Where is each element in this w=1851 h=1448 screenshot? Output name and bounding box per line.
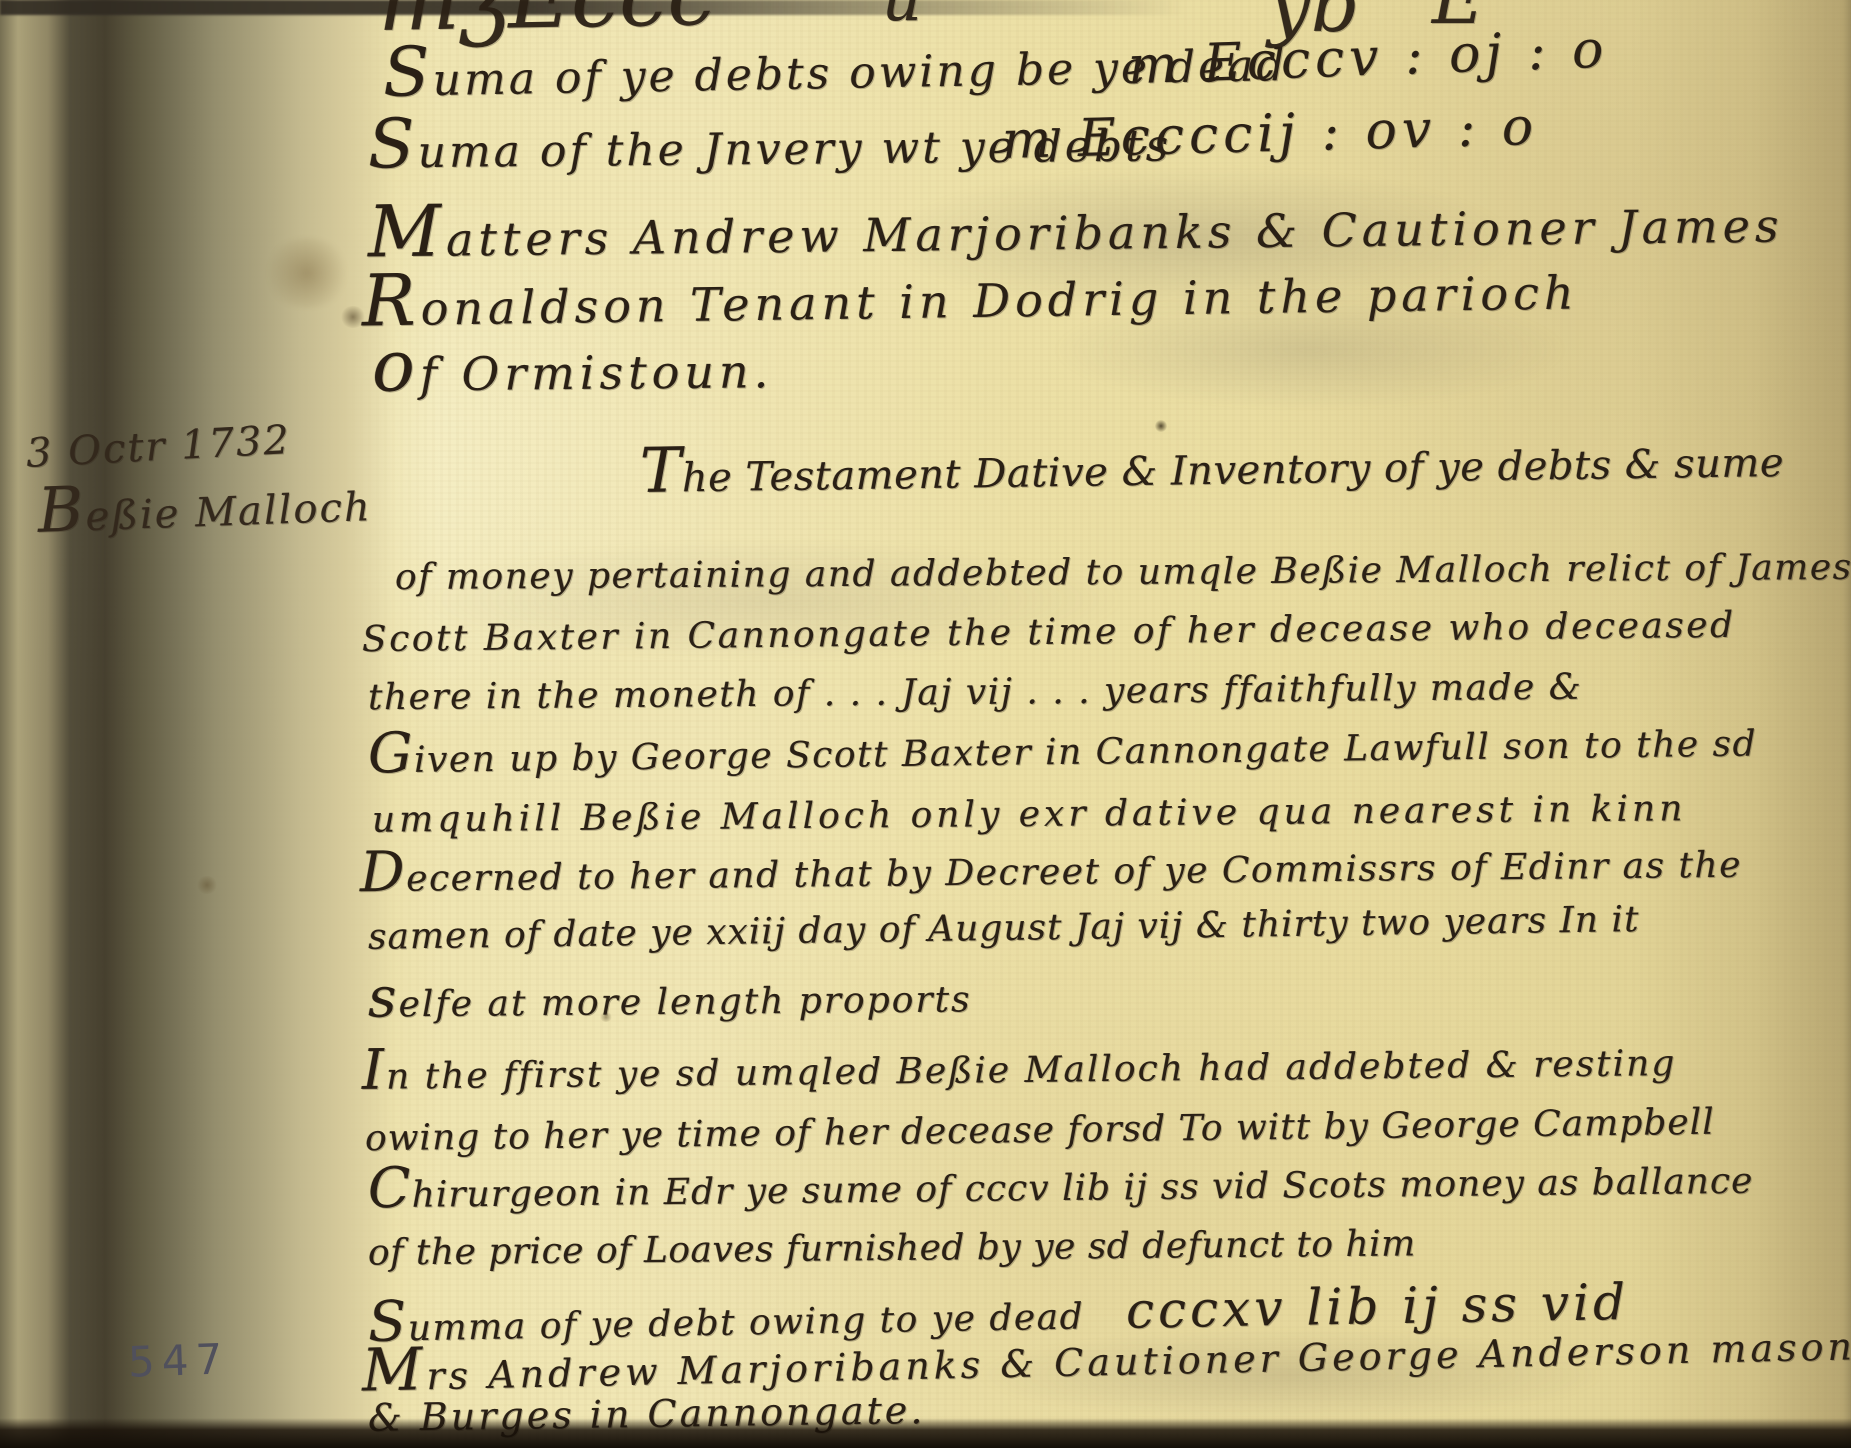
cautioner-clause-line: of Ormistoun.	[372, 344, 774, 401]
cautioner-clause-line: Matters Andrew Marjoribanks & Cautioner …	[368, 199, 1784, 268]
testament-line: umquhill Beßie Malloch only exr dative q…	[372, 788, 1687, 840]
ink-stain	[262, 238, 352, 308]
summa-inventory-amount: m Eccccij : ov : o	[1001, 97, 1539, 171]
testament-line: selfe at more length proports	[368, 979, 972, 1025]
testament-line: Decerned to her and that by Decreet of y…	[360, 845, 1742, 900]
margin-deceased-name: Beßie Malloch	[37, 484, 372, 542]
ink-stain	[1155, 420, 1167, 432]
margin-date: 3 Octr 1732	[25, 417, 292, 477]
testament-line: Given up by George Scott Baxter in Canno…	[368, 724, 1758, 782]
book-bottom-edge	[0, 1418, 1851, 1448]
manuscript-page: mʒEccc u yb E Suma of ye debts owing be …	[0, 0, 1851, 1448]
testament-line: there in the moneth of . . . Jaj vij . .…	[368, 667, 1583, 719]
inventory-line: owing to her ye time of her decease fors…	[365, 1102, 1715, 1159]
clipped-line-fragment: u	[882, 0, 922, 35]
summa-debts-amount: m Ecccv : oj : o	[1127, 20, 1609, 97]
testament-line: samen of date ye xxiij day of August Jaj…	[368, 899, 1640, 958]
testament-opening-line: The Testament Dative & Inventory of ye d…	[640, 440, 1785, 502]
inventory-line: of the price of Loaves furnished by ye s…	[368, 1223, 1416, 1273]
testament-line: of money pertaining and addebted to umql…	[395, 547, 1851, 598]
ink-stain	[196, 876, 218, 894]
inventory-line: In the ffirst ye sd umqled Beßie Malloch…	[362, 1043, 1677, 1098]
inventory-line: Chirurgeon in Edr ye sume of cccv lib ij…	[368, 1161, 1754, 1217]
folio-number: 547	[127, 1334, 230, 1387]
cautioner-clause-line: Ronaldson Tenant in Dodrig in the parioc…	[362, 266, 1579, 337]
testament-line: Scott Baxter in Cannongate the time of h…	[362, 605, 1736, 660]
